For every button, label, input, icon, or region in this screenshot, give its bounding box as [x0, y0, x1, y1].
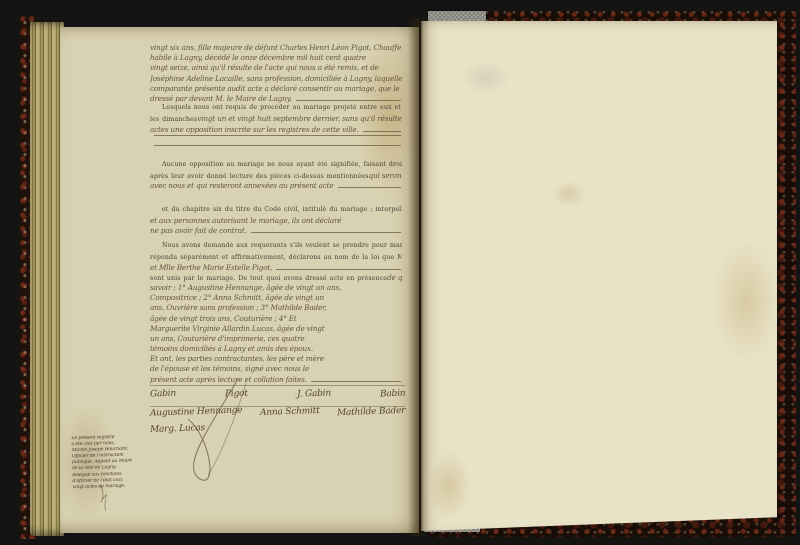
text-line: un ans, Couturière d'imprimerie, ces qua…: [150, 334, 402, 344]
act-paragraph: Nous avons demandé aux requérants s'ils …: [150, 242, 402, 385]
text-line: Compositrice ; 2° Anna Schmitt, âgée de …: [150, 293, 402, 303]
text-line: habile à Lagny, décédé le onze décembre …: [150, 53, 402, 63]
text-line: de l'épouse et les témoins, signé avec n…: [150, 364, 402, 374]
signatures-block: GabinPigotJ. GabinBabinAugustine Hennang…: [150, 385, 405, 441]
text-line: Et ont, les parties contractantes, les p…: [150, 354, 402, 364]
manuscript-text: Marguerite Virginie Allardin Lucas, âgée…: [150, 324, 324, 333]
manuscript-text: Joséphine Adeline Lacaille, sans profess…: [150, 74, 402, 83]
book-gutter-shadow: [408, 18, 430, 536]
text-line: [150, 145, 402, 155]
manuscript-text: ans, Ouvrière sans profession ; 3° Mathi…: [150, 303, 327, 312]
printed-text: Aucune opposition au mariage ne nous aya…: [162, 161, 402, 168]
manuscript-text: de l'épouse et les témoins, signé avec n…: [150, 364, 309, 373]
manuscript-text: qui seront paraphées: [369, 171, 402, 180]
foxing-stain: [711, 241, 781, 361]
manuscript-text: dressé par devant M. le Maire de Lagny.: [150, 94, 292, 103]
signature: Anna Schmitt: [260, 406, 320, 418]
act-paragraph: Lesquels nous ont requis de procéder au …: [150, 104, 402, 155]
text-line: vingt seize, ainsi qu'il résulte de l'ac…: [150, 63, 402, 73]
printed-text: Lesquels nous ont requis de procéder au …: [162, 104, 402, 111]
ruled-fill-line: [154, 145, 401, 146]
manuscript-text: un ans, Couturière d'imprimerie, ces qua…: [150, 334, 305, 343]
text-line: répondu séparément et affirmativement, d…: [150, 252, 402, 262]
printed-text: répondu séparément et affirmativement, d…: [150, 254, 402, 261]
foxing-stain: [427, 451, 471, 521]
signature: Pigot: [225, 389, 248, 400]
text-line: dressé par devant M. le Maire de Lagny.: [150, 94, 402, 104]
text-line: savoir : 1° Augustine Hennange, âgée de …: [150, 283, 402, 293]
book-photo: vingt six ans, fille majeure de défunt C…: [0, 0, 800, 545]
text-flow: vingt six ans, fille majeure de défunt C…: [150, 43, 402, 385]
manuscript-text: savoir : 1° Augustine Hennange, âgée de …: [150, 283, 341, 292]
printed-text: Nous avons demandé aux requérants s'ils …: [162, 242, 402, 249]
act-paragraph: et du chapitre six du titre du Code civi…: [150, 206, 402, 237]
manuscript-text: Compositrice ; 2° Anna Schmitt, âgée de …: [150, 293, 324, 302]
foxing-stain: [551, 181, 587, 207]
text-line: avec nous et qui resteront annexées au p…: [150, 181, 402, 191]
manuscript-text: comparante présente audit acte a déclaré…: [150, 84, 402, 93]
text-line: présent acte après lecture et collation …: [150, 375, 402, 385]
manuscript-text: vingt six ans, fille majeure de défunt C…: [150, 43, 402, 52]
manuscript-text: présent acte après lecture et collation …: [150, 375, 307, 384]
manuscript-text: ne pas avoir fait de contrat.: [150, 226, 247, 235]
signature: J. Gabin: [296, 388, 330, 399]
printed-text: les dimanches: [150, 116, 197, 123]
foxing-stain: [461, 61, 511, 95]
manuscript-text: actes une opposition inscrite sur les re…: [150, 125, 359, 134]
text-line: témoins domiciliés à Lagny et amis des é…: [150, 344, 402, 354]
text-line: âgée de vingt trois ans, Couturière ; 4°…: [150, 314, 402, 324]
text-line: les dimanches vingt un et vingt huit sep…: [150, 114, 402, 124]
signature-row: Augustine HennangeAnna SchmittMathilde B…: [150, 407, 405, 424]
text-line: [150, 135, 402, 145]
text-line: et Mlle Berthe Marie Estelle Pigot,: [150, 263, 402, 273]
act-paragraph: vingt six ans, fille majeure de défunt C…: [150, 43, 402, 104]
act-paragraph: Aucune opposition au mariage ne nous aya…: [150, 161, 402, 192]
text-line: comparante présente audit acte a déclaré…: [150, 84, 402, 94]
left-page-act: vingt six ans, fille majeure de défunt C…: [60, 27, 419, 533]
ruled-fill-line: [338, 187, 401, 188]
signature: Babin: [379, 389, 405, 400]
text-line: Lesquels nous ont requis de procéder au …: [150, 104, 402, 114]
margin-note: Le présent registrea été clos par nous,M…: [71, 434, 158, 491]
signature: Marg. Lucas: [150, 423, 205, 435]
text-line: Nous avons demandé aux requérants s'ils …: [150, 242, 402, 252]
ruled-fill-line: [363, 131, 401, 132]
text-line: et du chapitre six du titre du Code civi…: [150, 206, 402, 216]
manuscript-text: de quatre témoins,: [387, 273, 402, 282]
signature-row: GabinPigotJ. GabinBabin: [150, 389, 405, 407]
ruled-fill-line: [296, 100, 401, 101]
printed-text: après leur avoir donné lecture des pièce…: [150, 173, 369, 180]
manuscript-text: vingt un et vingt huit septembre dernier…: [197, 114, 402, 123]
manuscript-text: vingt seize, ainsi qu'il résulte de l'ac…: [150, 63, 379, 72]
text-line: Aucune opposition au mariage ne nous aya…: [150, 161, 402, 171]
printed-text: et du chapitre six du titre du Code civi…: [162, 206, 402, 213]
manuscript-text: âgée de vingt trois ans, Couturière ; 4°…: [150, 314, 297, 323]
text-line: actes une opposition inscrite sur les re…: [150, 125, 402, 135]
manuscript-text: Et ont, les parties contractantes, les p…: [150, 354, 324, 363]
text-line: ne pas avoir fait de contrat.: [150, 226, 402, 236]
text-line: Marguerite Virginie Allardin Lucas, âgée…: [150, 324, 402, 334]
text-line: et aux personnes autorisant le mariage, …: [150, 216, 402, 226]
right-page-blank: [421, 21, 777, 531]
signature: Mathilde Bader: [337, 406, 406, 418]
signature: Augustine Hennange: [150, 405, 243, 418]
signature-row: Marg. Lucas: [150, 424, 405, 441]
manuscript-text: et Mlle Berthe Marie Estelle Pigot,: [150, 263, 272, 272]
manuscript-text: et aux personnes autorisant le mariage, …: [150, 216, 341, 225]
text-line: Joséphine Adeline Lacaille, sans profess…: [150, 74, 402, 84]
text-line: après leur avoir donné lecture des pièce…: [150, 171, 402, 181]
text-line: sont unis par le mariage. De tout quoi a…: [150, 273, 402, 283]
signature: Gabin: [150, 389, 176, 400]
printed-text: sont unis par le mariage. De tout quoi a…: [150, 275, 387, 282]
ruled-fill-line: [251, 232, 401, 233]
ruled-fill-line: [154, 135, 401, 136]
text-line: vingt six ans, fille majeure de défunt C…: [150, 43, 402, 53]
manuscript-text: avec nous et qui resteront annexées au p…: [150, 181, 334, 190]
text-line: ans, Ouvrière sans profession ; 3° Mathi…: [150, 303, 402, 313]
manuscript-text: habile à Lagny, décédé le onze décembre …: [150, 53, 366, 62]
ruled-fill-line: [311, 381, 401, 382]
manuscript-text: témoins domiciliés à Lagny et amis des é…: [150, 344, 313, 353]
margin-note-line: vingt actes de mariage.: [73, 483, 159, 491]
ruled-fill-line: [276, 269, 401, 270]
